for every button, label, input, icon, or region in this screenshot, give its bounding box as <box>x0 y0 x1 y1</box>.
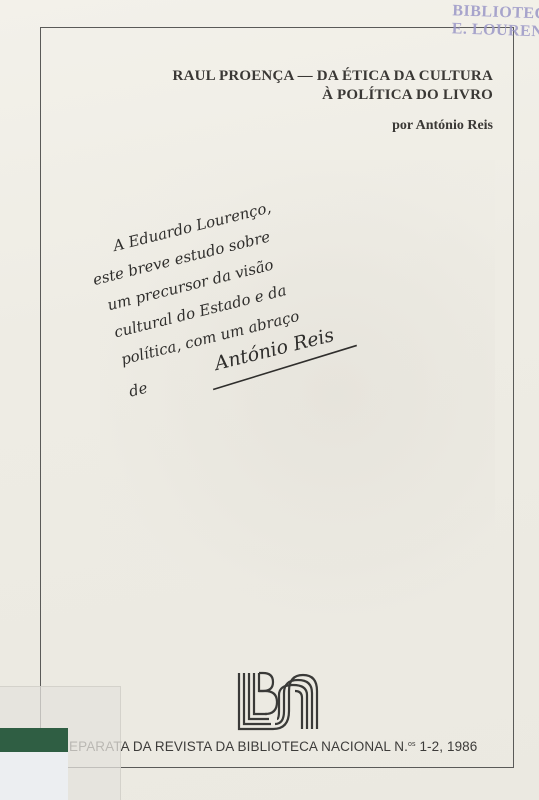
offprint-footer: EPARATA DA REVISTA DA BIBLIOTECA NACIONA… <box>69 739 477 754</box>
sticker-label-area <box>0 752 68 800</box>
title-line-1: RAUL PROENÇA — DA ÉTICA DA CULTURA <box>173 67 493 86</box>
biblioteca-nacional-logo <box>237 671 319 731</box>
sticker-green-band <box>0 728 68 752</box>
author-byline: por António Reis <box>392 118 493 134</box>
title-line-2: À POLÍTICA DO LIVRO <box>173 86 493 105</box>
footer-superscript: os <box>408 741 416 748</box>
footer-issue-year: 1-2, 1986 <box>416 739 478 754</box>
library-stamp: BIBLIOTEC E. LOURENÇ <box>451 2 539 41</box>
document-title: RAUL PROENÇA — DA ÉTICA DA CULTURA À POL… <box>173 67 493 105</box>
handwritten-dedication: A Eduardo Lourenço, este breve estudo so… <box>78 185 378 400</box>
stamp-line-2: E. LOURENÇ <box>451 20 539 41</box>
inscription-line-6: de <box>127 379 149 400</box>
